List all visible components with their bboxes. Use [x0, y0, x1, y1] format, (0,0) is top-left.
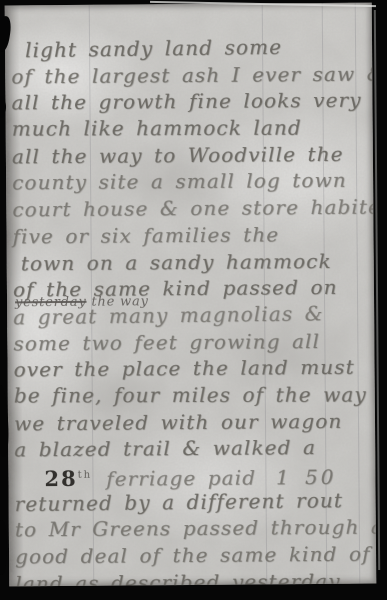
- manuscript-line: all the growth fine looks very: [11, 87, 362, 116]
- manuscript-line: over the place the land must: [13, 354, 364, 383]
- interline-insertion: yesterday the way: [15, 294, 149, 310]
- manuscript-line: all the way to Woodville the: [12, 140, 363, 169]
- insertion-rest: the way: [86, 294, 148, 309]
- entry-date-suffix: th: [78, 470, 93, 481]
- manuscript-line: a blazed trail & walked a: [14, 434, 365, 463]
- entry-date: 28th: [44, 463, 92, 493]
- manuscript-line: court house & one store habited: [12, 194, 363, 223]
- manuscript-line: returned by a different rout: [14, 487, 365, 518]
- scanned-diary-page: light sandy land some of the largest ash…: [0, 0, 387, 600]
- manuscript-page: light sandy land some of the largest ash…: [5, 3, 377, 587]
- manuscript-line: much like hammock land: [12, 114, 363, 142]
- manuscript-line: town on a sandy hammock: [21, 247, 364, 276]
- manuscript-line: light sandy land some: [25, 33, 362, 64]
- manuscript-line: five or six families the: [12, 220, 363, 249]
- struck-word: yesterday: [15, 295, 87, 311]
- manuscript-line: some two feet growing all: [13, 327, 364, 356]
- manuscript-line: to Mr Greens passed through a: [15, 514, 366, 543]
- manuscript-line: we traveled with our wagon: [14, 407, 365, 436]
- handwritten-text-block: light sandy land some of the largest ash…: [11, 34, 366, 587]
- ledger-entry-row: 28th ferriage paid 1 50: [14, 461, 365, 490]
- manuscript-line: of the largest ash I ever saw &: [11, 60, 362, 89]
- manuscript-line: be fine, four miles of the way: [14, 381, 365, 409]
- manuscript-line: good deal of the same kind of: [15, 541, 366, 570]
- manuscript-line: land as described yesterday: [15, 567, 366, 586]
- scan-artifact: [0, 520, 7, 575]
- manuscript-line: county site a small log town: [12, 167, 363, 196]
